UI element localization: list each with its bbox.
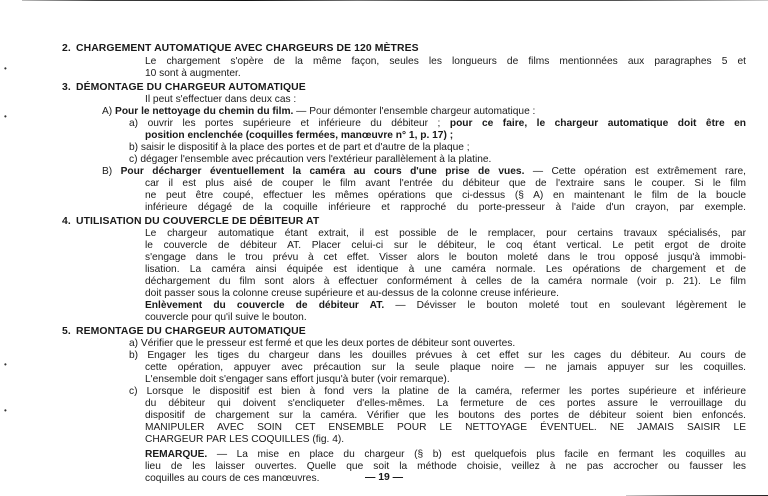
step-label: c) (129, 386, 138, 397)
case-b-heading: B) Pour décharger éventuellement la camé… (102, 166, 746, 178)
step-a-line: a) ouvrir les portes supérieure et infér… (129, 118, 746, 130)
paragraph-line: le couvercle de débiteur AT. Placer celu… (145, 240, 746, 252)
step-a-line: a) Vérifier que le presseur est fermé et… (129, 338, 515, 350)
case-a-heading: A) Pour le nettoyage du chemin du film. … (102, 106, 535, 118)
section-title: UTILISATION DU COUVERCLE DE DÉBITEUR AT (76, 216, 319, 227)
margin-mark: • (4, 65, 7, 73)
paragraph-line: inférieure dégagé de la coquille inférie… (145, 202, 746, 214)
section-number: 3. (62, 82, 76, 94)
paragraph-line: s'engage dans le trou prévu à cet effet.… (145, 252, 746, 264)
case-title: Pour le nettoyage du chemin du film. (115, 106, 293, 117)
removal-line: Enlèvement du couvercle de débiteur AT. … (145, 300, 746, 312)
section-title: DÉMONTAGE DU CHARGEUR AUTOMATIQUE (76, 82, 306, 93)
step-text: dégager l'ensemble avec précaution vers … (140, 154, 491, 165)
section-title: REMONTAGE DU CHARGEUR AUTOMATIQUE (76, 326, 306, 337)
step-label: a) (129, 338, 138, 349)
step-text: Vérifier que le presseur est fermé et qu… (141, 338, 515, 349)
paragraph-line: dispositif de chargement sur la caméra. … (145, 410, 746, 422)
remark-line: REMARQUE. — La mise en place du chargeur… (145, 449, 746, 461)
paragraph-line: car il est plus aisé de couper le film a… (145, 178, 746, 190)
section-2-heading: 2.CHARGEMENT AUTOMATIQUE AVEC CHARGEURS … (62, 43, 419, 55)
section-number: 2. (62, 43, 76, 55)
paragraph-line: ne peut être coupé, effectuer les mêmes … (145, 190, 746, 202)
paragraph-line: Le chargement s'opère de la même façon, … (145, 56, 746, 68)
step-label: b) (129, 142, 138, 153)
page-number: — 19 — (0, 472, 768, 484)
removal-text: — Dévisser le bouton moleté tout en soul… (384, 300, 746, 311)
step-label: c) (129, 154, 138, 165)
section-4-heading: 4.UTILISATION DU COUVERCLE DE DÉBITEUR A… (62, 216, 319, 228)
section-intro: Il peut s'effectuer dans deux cas : (145, 94, 296, 106)
case-label: A) (102, 106, 112, 117)
step-text: saisir le dispositif à la place des port… (141, 142, 470, 153)
remark-heading: REMARQUE. (145, 449, 207, 460)
case-text: — Pour démonter l'ensemble chargeur auto… (293, 106, 535, 117)
step-text: ouvrir les portes supérieure et inférieu… (148, 118, 450, 129)
margin-mark: • (4, 361, 7, 369)
step-text: Lorsque le dispositif est bien à fond ve… (147, 386, 746, 397)
paragraph-line: du débiteur qui doivent s'encliqueter d'… (145, 398, 746, 410)
remark-text: — La mise en place du chargeur (§ b) est… (207, 449, 746, 460)
warning-line: MANIPULER AVEC SOIN CET ENSEMBLE POUR LE… (145, 422, 746, 434)
removal-heading: Enlèvement du couvercle de débiteur AT. (145, 300, 384, 311)
paragraph-line: Le chargeur automatique étant extrait, i… (145, 228, 746, 240)
step-emphasis: pour ce faire, le chargeur automatique d… (450, 118, 746, 129)
margin-mark: • (4, 407, 7, 415)
step-text: Engager les tiges du chargeur dans les d… (147, 350, 746, 361)
step-a-line-2: position enclenchée (coquilles fermées, … (145, 130, 453, 142)
margin-mark: • (4, 113, 7, 121)
step-c-line: c) dégager l'ensemble avec précaution ve… (129, 154, 491, 166)
section-3-heading: 3.DÉMONTAGE DU CHARGEUR AUTOMATIQUE (62, 82, 306, 94)
paragraph-line: lisation. La caméra ainsi équipée est id… (145, 264, 746, 276)
paragraph-line: couvercle pour qu'il suive le bouton. (145, 312, 307, 324)
section-number: 4. (62, 216, 76, 228)
paragraph-line: cette opération, appuyer avec précaution… (145, 362, 746, 374)
case-label: B) (102, 166, 112, 177)
case-title: Pour décharger éventuellement la caméra … (121, 166, 525, 177)
section-5-heading: 5.REMONTAGE DU CHARGEUR AUTOMATIQUE (62, 326, 306, 338)
section-title: CHARGEMENT AUTOMATIQUE AVEC CHARGEURS DE… (76, 43, 419, 54)
paragraph-line: déchargement du film sont alors à effect… (145, 276, 746, 288)
paragraph-line: doit passer sous la colonne creuse supér… (145, 288, 746, 300)
step-label: a) (129, 118, 138, 129)
case-text: — Cette opération est extrêmement rare, (524, 166, 746, 177)
step-b-line: b) saisir le dispositif à la place des p… (129, 142, 470, 154)
paragraph-line: L'ensemble doit s'engager sans effort ju… (145, 374, 450, 386)
warning-line: CHARGEUR PAR LES COQUILLES (fig. 4). (145, 434, 344, 446)
paragraph-line: 10 sont à augmenter. (145, 68, 746, 80)
step-c-line: c) Lorsque le dispositif est bien à fond… (129, 386, 746, 398)
section-number: 5. (62, 326, 76, 338)
step-label: b) (129, 350, 138, 361)
step-b-line: b) Engager les tiges du chargeur dans le… (129, 350, 746, 362)
scan-top-edge (22, 0, 768, 1)
